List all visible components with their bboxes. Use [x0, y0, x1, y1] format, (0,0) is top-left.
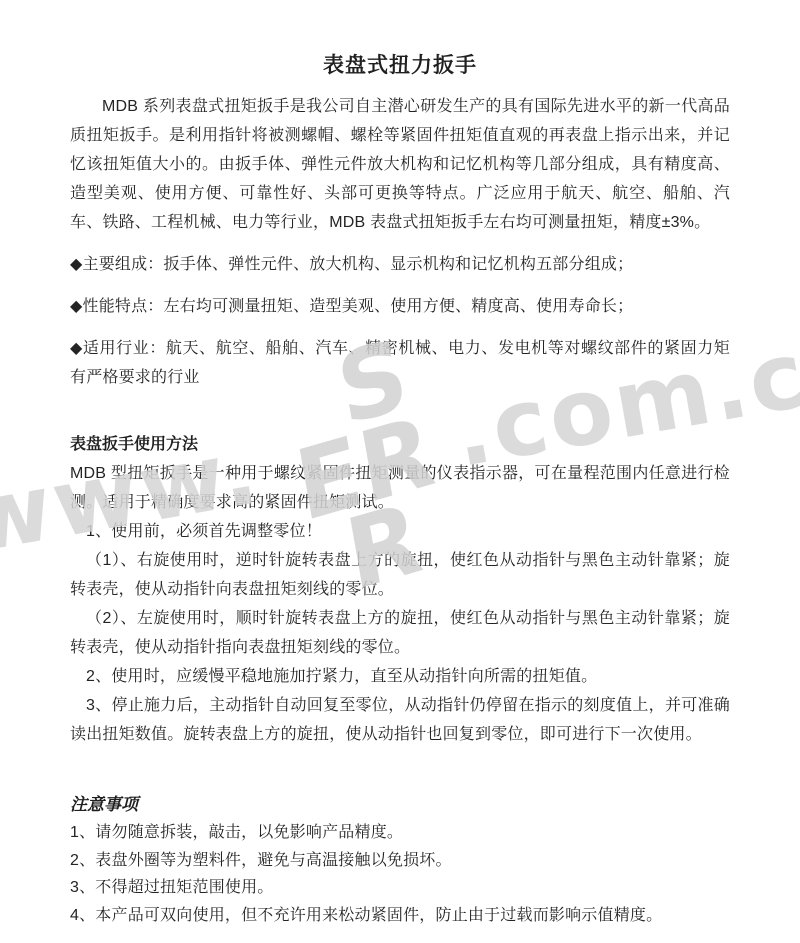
usage-step-1-2: （2）、左旋使用时，顺时针旋转表盘上方的旋扭，使红色从动指针与黑色主动针靠紧；旋…	[70, 604, 730, 662]
note-item-1: 1、请勿随意拆装，敲击，以免影响产品精度。	[70, 819, 730, 847]
intro-paragraph: MDB 系列表盘式扭矩扳手是我公司自主潜心研发生产的具有国际先进水平的新一代高品…	[70, 92, 730, 237]
usage-step-1-1: （1）、右旋使用时，逆时针旋转表盘上方的旋扭，使红色从动指针与黑色主动针靠紧；旋…	[70, 546, 730, 604]
feature-main-components: ◆主要组成：扳手体、弹性元件、放大机构、显示机构和记忆机构五部分组成；	[70, 250, 730, 279]
note-item-4: 4、本产品可双向使用，但不充许用来松动紧固件，防止由于过载而影响示值精度。	[70, 902, 730, 930]
usage-step-1: 1、使用前，必须首先调整零位！	[70, 517, 730, 546]
document-page: 表盘式扭力扳手 MDB 系列表盘式扭矩扳手是我公司自主潜心研发生产的具有国际先进…	[0, 0, 800, 943]
document-content: 表盘式扭力扳手 MDB 系列表盘式扭矩扳手是我公司自主潜心研发生产的具有国际先进…	[0, 0, 800, 929]
feature-industries: ◆适用行业：航天、航空、船舶、汽车、精密机械、电力、发电机等对螺纹部件的紧固力矩…	[70, 334, 730, 392]
usage-step-2: 2、使用时，应缓慢平稳地施加拧紧力，直至从动指针向所需的扭矩值。	[70, 662, 730, 691]
note-item-2: 2、表盘外圈等为塑料件，避免与高温接触以免损坏。	[70, 847, 730, 875]
usage-step-3: 3、停止施力后，主动指针自动回复至零位，从动指针仍停留在指示的刻度值上，并可准确…	[70, 691, 730, 749]
note-item-3: 3、不得超过扭矩范围使用。	[70, 874, 730, 902]
usage-section-heading: 表盘扳手使用方法	[70, 430, 730, 459]
page-title: 表盘式扭力扳手	[70, 50, 730, 82]
notes-section-heading: 注意事项	[70, 791, 730, 819]
feature-performance: ◆性能特点：左右均可测量扭矩、造型美观、使用方便、精度高、使用寿命长；	[70, 292, 730, 321]
usage-intro-paragraph: MDB 型扭矩扳手是一种用于螺纹紧固件扭矩测量的仪表指示器，可在量程范围内任意进…	[70, 459, 730, 517]
